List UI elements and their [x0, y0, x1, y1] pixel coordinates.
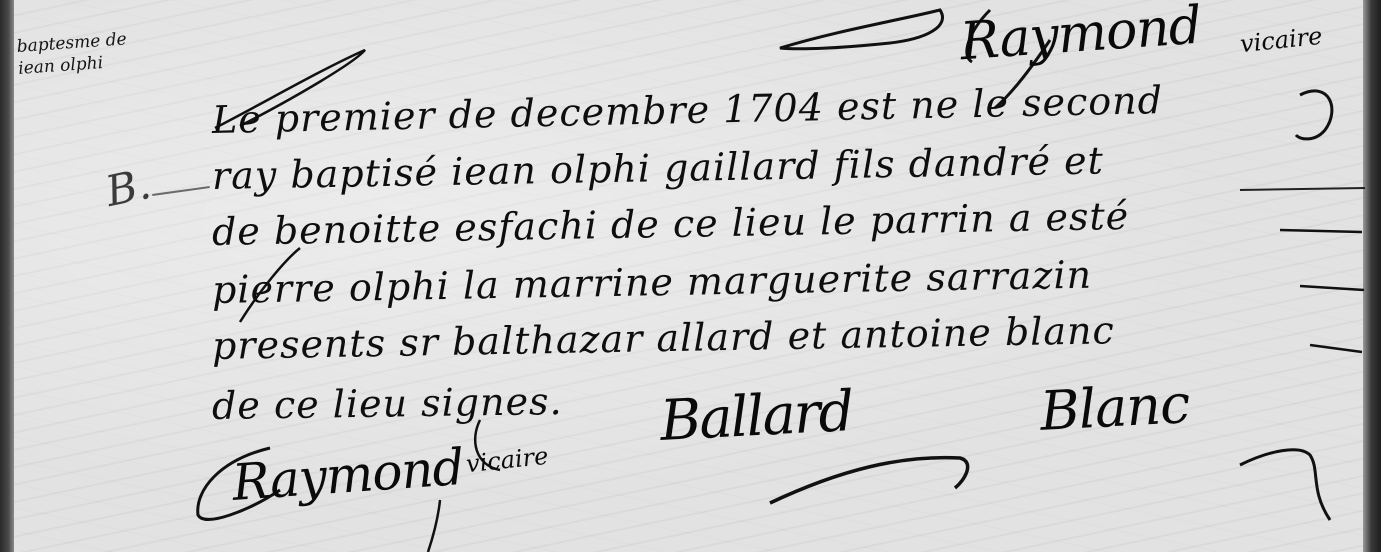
- entry-line-2: ray baptisé iean olphi gaillard fils dan…: [212, 138, 1105, 198]
- entry-line-4: pierre olphi la marrine marguerite sarra…: [212, 253, 1093, 312]
- entry-line-1: Le premier de decembre 1704 est ne le se…: [212, 78, 1164, 142]
- page-binding-left: [0, 0, 14, 552]
- signature-raymond-top-suffix: vicaire: [1239, 22, 1324, 58]
- margin-baptism-mark: B.: [101, 159, 154, 216]
- register-page: Raymond vicaire baptesme de iean olphi B…: [0, 0, 1381, 552]
- signature-blanc: Blanc: [1038, 372, 1190, 443]
- page-binding-right: [1363, 0, 1381, 552]
- margin-note: baptesme de iean olphi: [16, 28, 129, 80]
- signature-raymond: Raymond: [230, 438, 465, 512]
- signature-ballard: Ballard: [658, 379, 854, 454]
- signature-raymond-suffix: vicaire: [465, 442, 550, 478]
- margin-mark-stroke: [152, 186, 210, 196]
- entry-line-5: presents sr balthazar allard et antoine …: [212, 308, 1116, 368]
- entry-line-6: de ce lieu signes.: [212, 379, 563, 428]
- entry-line-3: de benoitte esfachi de ce lieu le parrin…: [212, 194, 1130, 254]
- signature-raymond-top: Raymond: [958, 0, 1203, 72]
